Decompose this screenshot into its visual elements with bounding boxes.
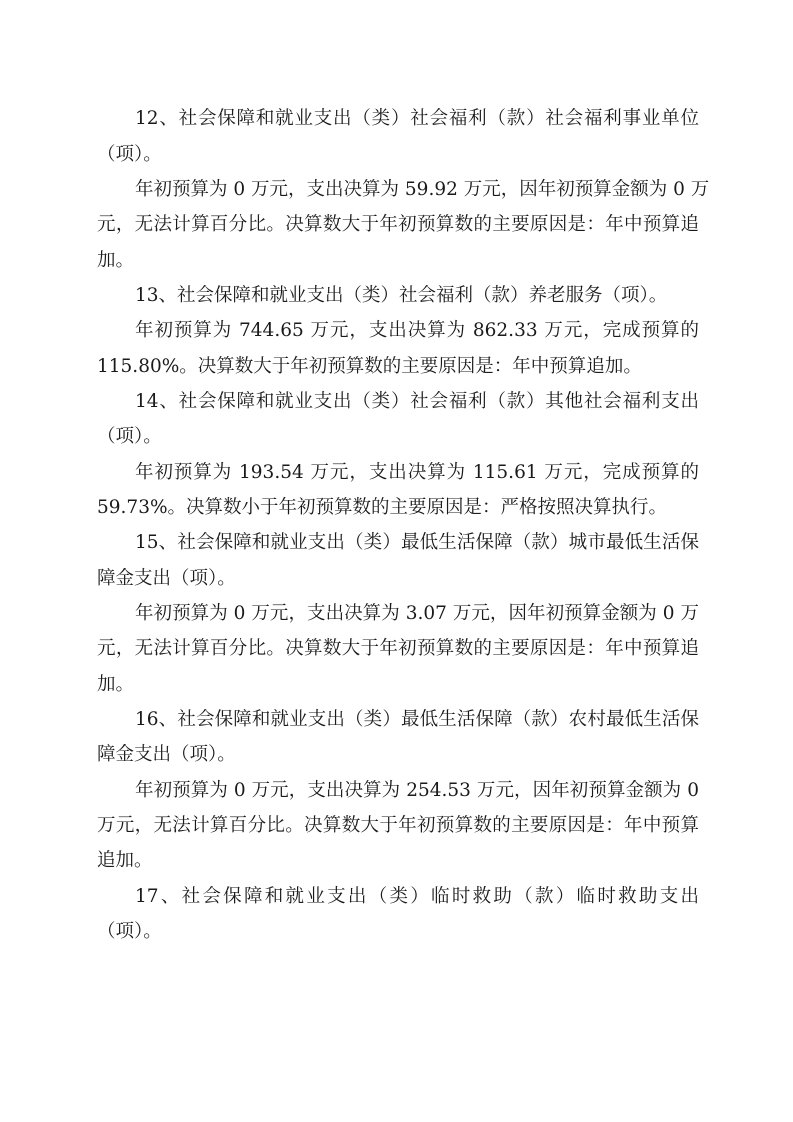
text-line: 年初预算为 744.65 万元，支出决算为 862.33 万元，完成预算的 [135, 316, 699, 346]
text-line: （项）。 [97, 917, 699, 947]
text-line: （项）。 [97, 422, 699, 452]
text-line: 元，无法计算百分比。决算数大于年初预算数的主要原因是：年中预算追 [97, 210, 699, 240]
text-line: 加。 [97, 246, 699, 276]
text-line: 年初预算为 0 万元，支出决算为 59.92 万元，因年初预算金额为 0 万 [135, 175, 699, 205]
text-line: 16、社会保障和就业支出（类）最低生活保障（款）农村最低生活保 [135, 705, 699, 735]
text-line: 万元，无法计算百分比。决算数大于年初预算数的主要原因是：年中预算 [97, 811, 699, 841]
text-line: 14、社会保障和就业支出（类）社会福利（款）其他社会福利支出 [135, 387, 699, 417]
text-line: 13、社会保障和就业支出（类）社会福利（款）养老服务（项）。 [135, 281, 699, 311]
text-line: 12、社会保障和就业支出（类）社会福利（款）社会福利事业单位 [135, 104, 699, 134]
text-line: 障金支出（项）。 [97, 740, 699, 770]
text-line: （项）。 [97, 140, 699, 170]
text-line: 障金支出（项）。 [97, 564, 699, 594]
text-line: 17、社会保障和就业支出（类）临时救助（款）临时救助支出 [135, 882, 699, 912]
text-line: 年初预算为 0 万元，支出决算为 3.07 万元，因年初预算金额为 0 万 [135, 599, 699, 629]
text-line: 15、社会保障和就业支出（类）最低生活保障（款）城市最低生活保 [135, 528, 699, 558]
document-page: 12、社会保障和就业支出（类）社会福利（款）社会福利事业单位 （项）。 年初预算… [0, 0, 793, 1122]
text-line: 元，无法计算百分比。决算数大于年初预算数的主要原因是：年中预算追 [97, 634, 699, 664]
text-line: 年初预算为 193.54 万元，支出决算为 115.61 万元，完成预算的 [135, 458, 699, 488]
text-line: 59.73%。决算数小于年初预算数的主要原因是：严格按照决算执行。 [97, 493, 699, 523]
text-line: 年初预算为 0 万元，支出决算为 254.53 万元，因年初预算金额为 0 [135, 776, 699, 806]
text-line: 追加。 [97, 846, 699, 876]
text-line: 加。 [97, 670, 699, 700]
text-line: 115.80%。决算数大于年初预算数的主要原因是：年中预算追加。 [97, 352, 699, 382]
